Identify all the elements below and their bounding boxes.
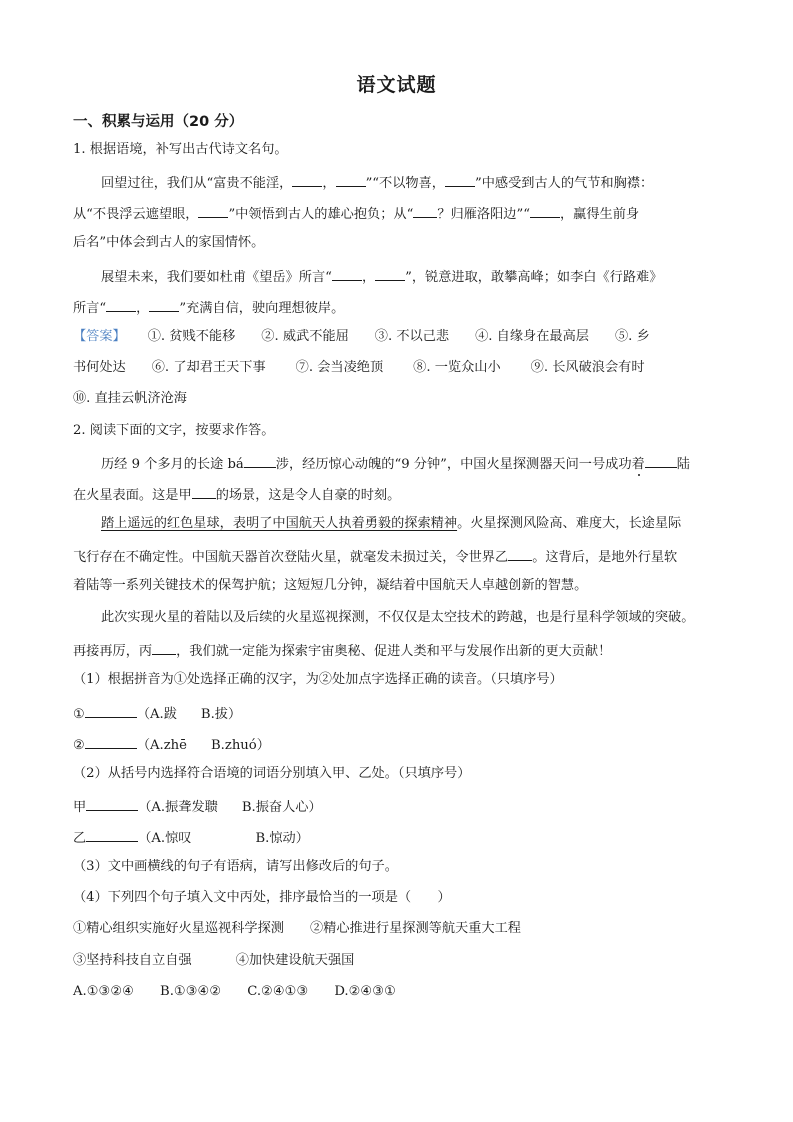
dotted-char: 着 — [632, 457, 645, 472]
sub1-row-2: ②（A.zhēB.zhuó） — [73, 734, 723, 755]
text: 从“不畏浮云遮望眼， — [73, 207, 198, 222]
sub1-row-1: ①（A.跋B.拔） — [73, 703, 723, 724]
blank-9[interactable] — [106, 297, 136, 312]
choice-c[interactable]: C.②④①③ — [247, 983, 308, 1001]
answer-item: ①. 贫贱不能移 — [148, 329, 236, 344]
text: ， — [362, 270, 375, 285]
text: ， — [322, 176, 335, 191]
blank-6[interactable] — [530, 203, 560, 218]
option-b: B.惊动） — [255, 831, 308, 846]
underlined-sentence: 踏上遥远的红色星球，表明了中国航天人执着勇毅的探索精神 — [101, 516, 457, 531]
blank-10[interactable] — [149, 297, 179, 312]
q2-paragraph-1-line-1: 历经 9 个多月的长途 bá涉，经历惊心动魄的“9 分钟”，中国火星探测器天问一… — [101, 453, 751, 474]
text: ，赢得生前身 — [560, 207, 639, 222]
sub2-row-1: 甲（A.振聋发聩B.振奋人心） — [73, 796, 723, 817]
text: 。这背后，是地外行星软 — [532, 550, 677, 565]
text: ，我们就一定能为探索宇宙奥秘、促进人类和平与发展作出新的更大贡献！ — [176, 644, 611, 659]
answer-item: ②. 威武不能屈 — [261, 329, 349, 344]
answer-tag: 【答案】 — [73, 329, 126, 344]
answer-item: ⑤. 乡 — [615, 329, 650, 344]
blank-5[interactable] — [413, 203, 437, 218]
answer-item: ⑨. 长风破浪会有时 — [531, 360, 645, 375]
sentence-2: ②精心推进行星探测等航天重大工程 — [310, 921, 521, 936]
sub-question-1-stem: （1）根据拼音为①处选择正确的汉字，为②处加点字选择正确的读音。（只填序号） — [73, 671, 723, 689]
q1-paragraph-1-line-3: 后名”中体会到古人的家国情怀。 — [73, 234, 723, 252]
answer-item: ⑧. 一览众山小 — [413, 360, 501, 375]
answer-item: ⑦. 会当凌绝顶 — [296, 360, 384, 375]
answer-item: ③. 不以己悲 — [375, 329, 449, 344]
text: ”“不以物喜， — [366, 176, 445, 191]
option-a: （A.振聋发聩 — [138, 800, 218, 815]
text: ？归雁洛阳边”“ — [437, 207, 530, 222]
q2-paragraph-2-line-3: 着陆等一系列关键技术的保驾护航；这短短几分钟，凝结着中国航天人卓越创新的智慧。 — [73, 577, 723, 595]
q2-paragraph-2-line-2: 飞行存在不确定性。中国航天器首次登陆火星，就毫发未损过关，令世界乙。这背后，是地… — [73, 546, 723, 567]
sentence-3: ③坚持科技自立自强 — [73, 953, 192, 968]
sub-question-2-stem: （2）从括号内选择符合语境的词语分别填入甲、乙处。（只填序号） — [73, 765, 723, 783]
text: 展望未来，我们要如杜甫《望岳》所言“ — [101, 270, 332, 285]
option-a: （A.zhē — [137, 738, 187, 753]
label: 乙 — [73, 831, 86, 846]
text: 涉，经历惊心动魄的“9 分钟”，中国火星探测器天问一号成功 — [276, 457, 632, 472]
q1-paragraph-1-line-1: 回望过往，我们从“富贵不能淫，，”“不以物喜，”中感受到古人的气节和胸襟： — [101, 172, 751, 193]
text: 回望过往，我们从“富贵不能淫， — [101, 176, 292, 191]
q1-paragraph-2-line-2: 所言“，”充满自信，驶向理想彼岸。 — [73, 297, 723, 318]
q2-paragraph-3-line-2: 再接再厉，丙，我们就一定能为探索宇宙奥秘、促进人类和平与发展作出新的更大贡献！ — [73, 640, 723, 661]
text: 陆 — [677, 457, 690, 472]
blank-3[interactable] — [445, 172, 475, 187]
text: 在火星表面。这是甲 — [73, 488, 192, 503]
sub4-choices: A.①③②④B.①③④②C.②④①③D.②④③① — [73, 983, 723, 1001]
label: ② — [73, 738, 85, 753]
label: 甲 — [73, 800, 86, 815]
text: 。火星探测风险高、难度大，长途星际 — [457, 516, 681, 531]
text: 历经 9 个多月的长途 bá — [101, 457, 244, 472]
sentence-4: ④加快建设航天强国 — [236, 953, 355, 968]
question-1-stem: 1. 根据语境，补写出古代诗文名句。 — [73, 141, 723, 159]
answer-blank[interactable] — [86, 796, 138, 811]
sub4-sentences-row-2: ③坚持科技自立自强④加快建设航天强国 — [73, 952, 723, 970]
section-heading: 一、积累与运用（20 分） — [73, 110, 243, 131]
blank-7[interactable] — [332, 266, 362, 281]
option-b: B.拔） — [201, 707, 241, 722]
answer-line-3: ⑩. 直挂云帆济沧海 — [73, 390, 723, 408]
text: 飞行存在不确定性。中国航天器首次登陆火星，就毫发未损过关，令世界乙 — [73, 550, 508, 565]
answer-blank[interactable] — [85, 734, 137, 749]
option-b: B.振奋人心） — [242, 800, 322, 815]
text: ”，锐意进取，敢攀高峰；如李白《行路难》 — [405, 270, 662, 285]
sub4-sentences-row-1: ①精心组织实施好火星巡视科学探测②精心推进行星探测等航天重大工程 — [73, 920, 723, 938]
text: 再接再厉，丙 — [73, 644, 152, 659]
answer-item: 书何处达 — [73, 360, 126, 375]
answer-line-1: 【答案】①. 贫贱不能移②. 威武不能屈③. 不以己悲④. 自缘身在最高层⑤. … — [73, 328, 723, 346]
option-a: （A.跋 — [137, 707, 177, 722]
blank-bing[interactable] — [152, 640, 176, 655]
q1-paragraph-1-line-2: 从“不畏浮云遮望眼，”中领悟到古人的雄心抱负；从“？归雁洛阳边”“，赢得生前身 — [73, 203, 723, 224]
blank-2[interactable] — [336, 172, 366, 187]
blank-4[interactable] — [198, 203, 228, 218]
choice-a[interactable]: A.①③②④ — [73, 983, 134, 1001]
blank-yi[interactable] — [508, 546, 532, 561]
question-2-stem: 2. 阅读下面的文字，按要求作答。 — [73, 422, 723, 440]
answer-item: ④. 自缘身在最高层 — [475, 329, 589, 344]
page-title: 语文试题 — [0, 70, 793, 97]
exam-page: 语文试题 一、积累与运用（20 分） 1. 根据语境，补写出古代诗文名句。 回望… — [0, 0, 793, 1122]
option-a: （A.惊叹 — [138, 831, 191, 846]
answer-item: ⑥. 了却君王天下事 — [152, 360, 266, 375]
q1-paragraph-2-line-1: 展望未来，我们要如杜甫《望岳》所言“，”，锐意进取，敢攀高峰；如李白《行路难》 — [101, 266, 751, 287]
text: ， — [136, 301, 149, 316]
text: ”充满自信，驶向理想彼岸。 — [179, 301, 344, 316]
answer-line-2: 书何处达⑥. 了却君王天下事⑦. 会当凌绝顶⑧. 一览众山小⑨. 长风破浪会有时 — [73, 359, 723, 377]
q2-paragraph-2-line-1: 踏上遥远的红色星球，表明了中国航天人执着勇毅的探索精神。火星探测风险高、难度大，… — [101, 515, 751, 533]
q2-paragraph-1-line-2: 在火星表面。这是甲的场景，这是令人自豪的时刻。 — [73, 484, 723, 505]
blank-2[interactable] — [645, 453, 677, 468]
answer-blank[interactable] — [86, 827, 138, 842]
q2-paragraph-3-line-1: 此次实现火星的着陆以及后续的火星巡视探测，不仅仅是太空技术的跨越，也是行星科学领… — [101, 609, 751, 627]
text: 的场景，这是令人自豪的时刻。 — [216, 488, 401, 503]
blank-1[interactable] — [244, 453, 276, 468]
sub-question-3-stem: （3）文中画横线的句子有语病，请写出修改后的句子。 — [73, 858, 723, 876]
sub-question-4-stem: （4）下列四个句子填入文中丙处，排序最恰当的一项是（ ） — [73, 889, 723, 907]
answer-blank[interactable] — [85, 703, 137, 718]
text: ”中感受到古人的气节和胸襟： — [475, 176, 653, 191]
label: ① — [73, 707, 85, 722]
option-b: B.zhuó） — [211, 738, 270, 753]
text: 所言“ — [73, 301, 106, 316]
choice-b[interactable]: B.①③④② — [160, 983, 221, 1001]
text: ”中领悟到古人的雄心抱负；从“ — [228, 207, 413, 222]
blank-1[interactable] — [292, 172, 322, 187]
blank-8[interactable] — [375, 266, 405, 281]
sub2-row-2: 乙（A.惊叹B.惊动） — [73, 827, 723, 848]
choice-d[interactable]: D.②④③① — [334, 983, 396, 1001]
sentence-1: ①精心组织实施好火星巡视科学探测 — [73, 921, 284, 936]
blank-jia[interactable] — [192, 484, 216, 499]
